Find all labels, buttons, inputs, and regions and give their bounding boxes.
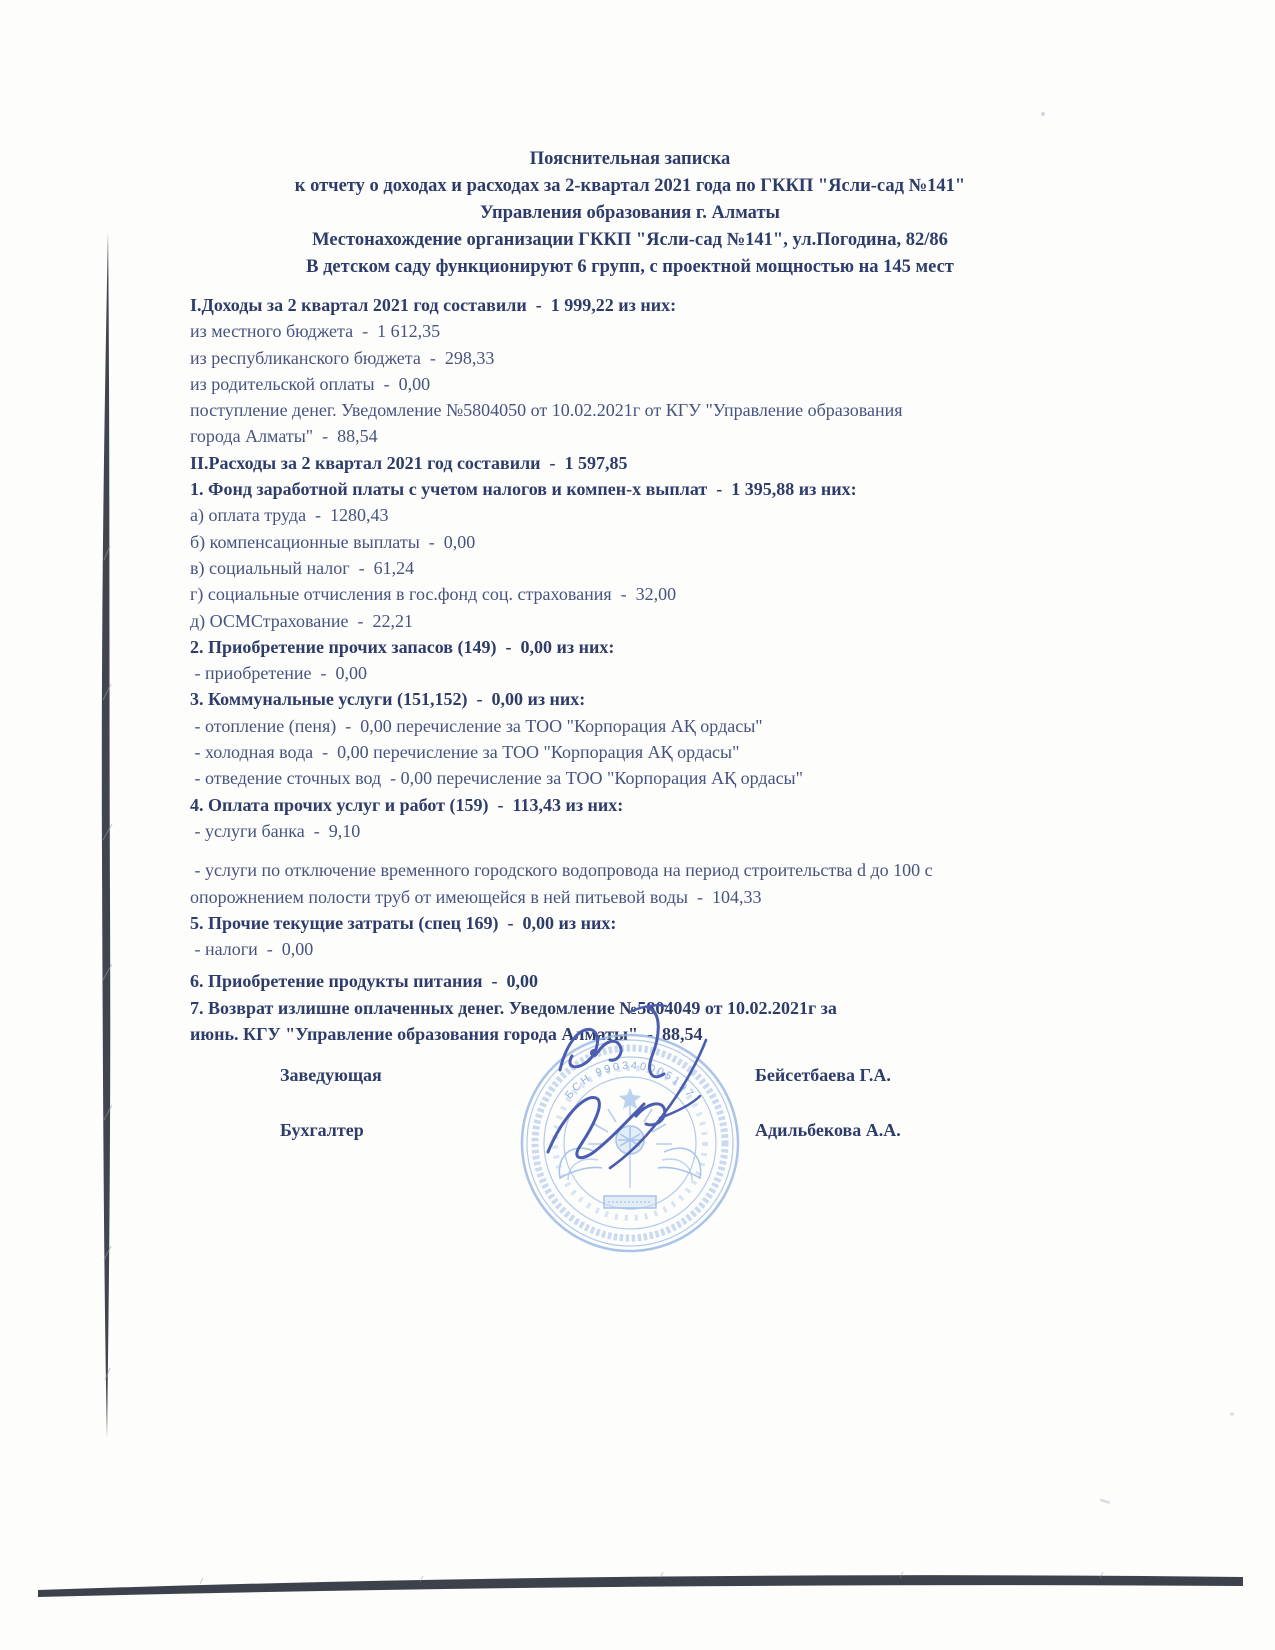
- scan-edge-shadow-bottom: [38, 1572, 1243, 1597]
- detail-line: города Алматы" - 88,54: [190, 423, 1200, 449]
- detail-line: из республиканского бюджета - 298,33: [190, 345, 1200, 371]
- stamp-emblem-icon: [559, 1088, 700, 1208]
- document-title-block: Пояснительная запискак отчету о доходах …: [40, 146, 1220, 281]
- document-body: I.Доходы за 2 квартал 2021 год составили…: [190, 292, 1200, 1047]
- title-line: Управления образования г. Алматы: [40, 200, 1220, 227]
- section-heading-line: 4. Оплата прочих услуг и работ (159) - 1…: [190, 792, 1200, 818]
- detail-line: - налоги - 0,00: [190, 936, 1200, 962]
- scan-edge-shadow-left: [102, 232, 112, 1438]
- detail-line: - отведение сточных вод - 0,00 перечисле…: [190, 765, 1200, 791]
- detail-line: - приобретение - 0,00: [190, 660, 1200, 686]
- section-heading-line: 7. Возврат излишне оплаченных денег. Уве…: [190, 995, 1200, 1021]
- section-heading-line: 2. Приобретение прочих запасов (149) - 0…: [190, 634, 1200, 660]
- detail-line: - услуги банка - 9,10: [190, 818, 1200, 844]
- stamp-bsn-number: БСН 990340005197: [563, 1060, 697, 1102]
- title-line: к отчету о доходах и расходах за 2-кварт…: [40, 173, 1220, 200]
- detail-line: - услуги по отключение временного городс…: [190, 857, 1200, 883]
- detail-line: - отопление (пеня) - 0,00 перечисление з…: [190, 713, 1200, 739]
- detail-line: поступление денег. Уведомление №5804050 …: [190, 397, 1200, 423]
- title-line: В детском саду функционируют 6 групп, с …: [40, 254, 1220, 281]
- detail-line: из родительской оплаты - 0,00: [190, 371, 1200, 397]
- title-line: Местонахождение организации ГККП "Ясли-с…: [40, 227, 1220, 254]
- stamp-rim-text-texture: [535, 1048, 725, 1238]
- signature-name-director: Бейсетбаева Г.А.: [755, 1065, 891, 1086]
- accountant-signature: [548, 1040, 706, 1168]
- section-heading-line: 3. Коммунальные услуги (151,152) - 0,00 …: [190, 686, 1200, 712]
- official-stamp: БСН 990340005197: [522, 1035, 738, 1251]
- detail-line: - холодная вода - 0,00 перечисление за Т…: [190, 739, 1200, 765]
- detail-line: д) ОСМСтрахование - 22,21: [190, 608, 1200, 634]
- section-heading-line: 6. Приобретение продукты питания - 0,00: [190, 968, 1200, 994]
- detail-line: опорожнением полости труб от имеющейся в…: [190, 884, 1200, 910]
- detail-line: г) социальные отчисления в гос.фонд соц.…: [190, 581, 1200, 607]
- section-heading-line: II.Расходы за 2 квартал 2021 год состави…: [190, 450, 1200, 476]
- signature-name-accountant: Адильбекова А.А.: [755, 1120, 901, 1141]
- detail-line: б) компенсационные выплаты - 0,00: [190, 529, 1200, 555]
- title-line: Пояснительная записка: [40, 146, 1220, 173]
- signature-role-accountant: Бухгалтер: [280, 1120, 364, 1141]
- section-heading-line: июнь. КГУ "Управление образования города…: [190, 1021, 1200, 1047]
- detail-line: в) социальный налог - 61,24: [190, 555, 1200, 581]
- detail-line: а) оплата труда - 1280,43: [190, 502, 1200, 528]
- signature-role-director: Заведующая: [280, 1065, 382, 1086]
- section-heading-line: 5. Прочие текущие затраты (спец 169) - 0…: [190, 910, 1200, 936]
- section-heading-line: 1. Фонд заработной платы с учетом налого…: [190, 476, 1200, 502]
- scanned-document-page: Пояснительная запискак отчету о доходах …: [0, 0, 1275, 1650]
- section-heading-line: I.Доходы за 2 квартал 2021 год составили…: [190, 292, 1200, 318]
- detail-line: из местного бюджета - 1 612,35: [190, 318, 1200, 344]
